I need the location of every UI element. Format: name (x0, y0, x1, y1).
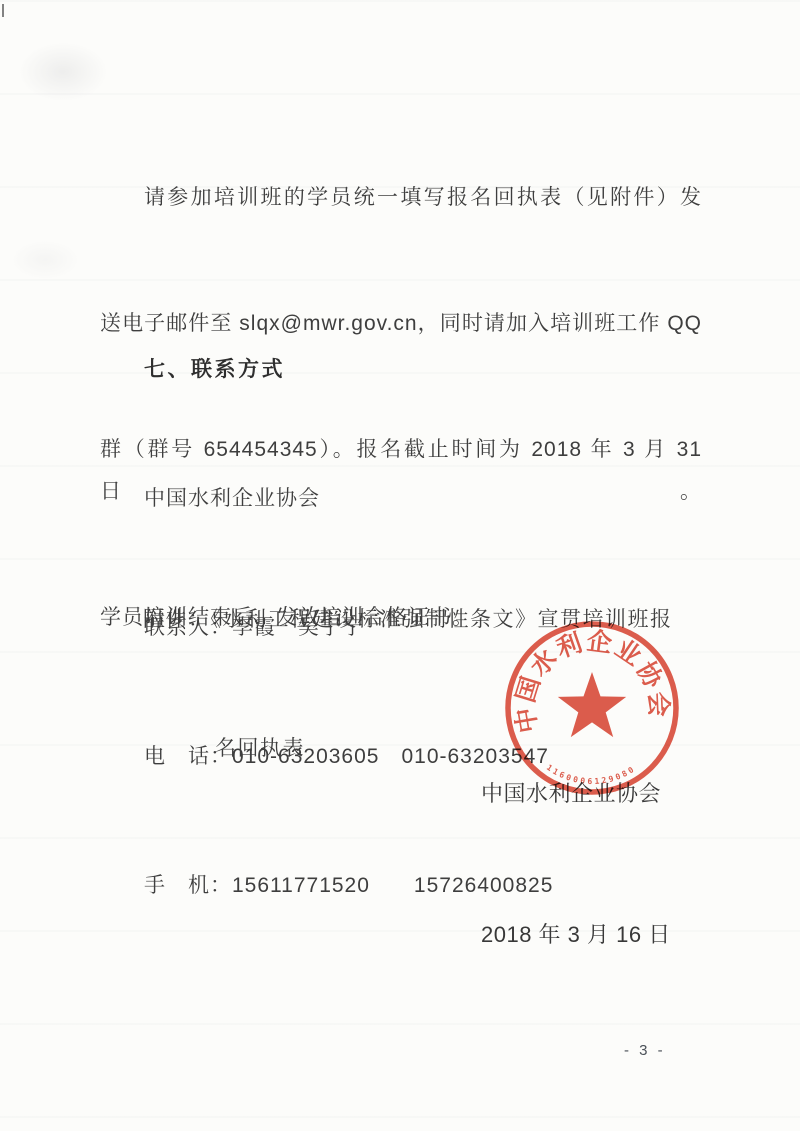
seal-star (558, 672, 626, 737)
contact-heading: 七、联系方式 (144, 348, 700, 391)
official-seal: 中国水利企业协会 1160006129080 (497, 613, 687, 803)
page-number: - 3 - (624, 1042, 666, 1059)
document-page: 请参加培训班的学员统一填写报名回执表（见附件）发 送电子邮件至 slqx@mwr… (0, 0, 800, 1131)
paragraph-line: 请参加培训班的学员统一填写报名回执表（见附件）发 (100, 177, 702, 219)
scan-artifact-smudge (10, 240, 80, 280)
scan-artifact-corner (2, 4, 4, 17)
signature-date: 2018 年 3 月 16 日 (481, 911, 671, 958)
scan-artifact-smudge (18, 42, 108, 102)
